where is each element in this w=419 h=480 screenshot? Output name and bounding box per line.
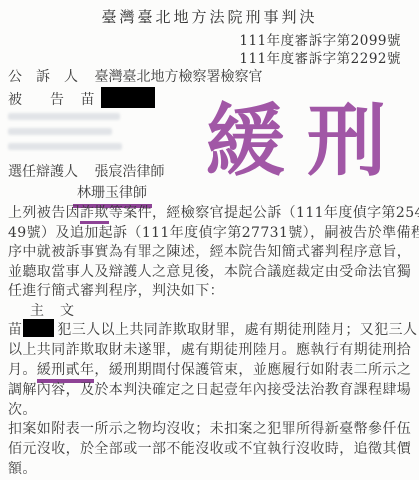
text-line: 佰元沒收，於全部或一部不能沒收或不宜執行沒收時，追徵其價 bbox=[8, 439, 414, 459]
text-line: 上列被告因詐欺等案件，經檢察官提起公訴（111年度偵字第254 bbox=[8, 204, 414, 224]
case-number-1: 111年度審訴字第2099號 bbox=[239, 29, 401, 49]
redaction-box-defendant-name bbox=[23, 319, 54, 337]
text-line: 次。 bbox=[8, 400, 414, 420]
text-line: 調解內容，及於本判決確定之日起壹年內接受法治教育課程肆場 bbox=[8, 380, 414, 400]
prosecutor-name: 臺灣臺北地方檢察署檢察官 bbox=[94, 69, 262, 85]
text-segment: 月。 bbox=[8, 362, 37, 378]
prosecutor-row: 公 訴 人 臺灣臺北地方檢察署檢察官 bbox=[8, 66, 262, 86]
text-line: 序中就被訴事實為有罪之陳述，經本院告知簡式審判程序意旨， bbox=[8, 243, 414, 263]
text-line: 49號）及追加起訴（111年度偵字第27731號），嗣被告於準備程 bbox=[8, 224, 414, 244]
redaction-box-defendant-name bbox=[101, 87, 155, 108]
text-segment: 上列被告因 bbox=[8, 205, 80, 221]
text-segment: ，緩刑期間付保護管束，並應履行如附表二所示之 bbox=[94, 362, 411, 378]
procedure-paragraph: 上列被告因詐欺等案件，經檢察官提起公訴（111年度偵字第254 49號）及追加起… bbox=[8, 204, 414, 302]
defendant-surname: 苗 bbox=[80, 92, 94, 108]
case-number-2: 111年度審訴字第2292號 bbox=[239, 47, 401, 67]
text-segment: 犯三人以上共同詐欺取財罪，處有期徒刑陸月；又犯三人 bbox=[57, 322, 417, 338]
judgment-document-page: 臺灣臺北地方法院刑事判決 111年度審訴字第2099號 111年度審訴字第229… bbox=[0, 0, 419, 480]
verdict-paragraph: 苗犯三人以上共同詐欺取財罪，處有期徒刑陸月；又犯三人 以上共同詐欺取財未遂罪，處… bbox=[8, 319, 414, 420]
text-line: 月。緩刑貳年，緩刑期間付保護管束，並應履行如附表二所示之 bbox=[8, 360, 414, 380]
text-line: 扣案如附表一所示之物均沒收；未扣案之犯罪所得新臺幣參仟伍 bbox=[8, 419, 414, 439]
underlined-term-fraud: 詐欺 bbox=[80, 205, 109, 224]
confiscation-paragraph: 扣案如附表一所示之物均沒收；未扣案之犯罪所得新臺幣參仟伍 佰元沒收，於全部或一部… bbox=[8, 419, 414, 479]
court-title: 臺灣臺北地方法院刑事判決 bbox=[0, 6, 419, 27]
defense-counsel-label: 選任辯護人 bbox=[8, 161, 78, 181]
whited-out-line bbox=[8, 128, 112, 135]
whited-out-line bbox=[8, 113, 120, 120]
counsel-name-1: 張宸浩律師 bbox=[94, 164, 164, 180]
text-line: 並聽取當事人及辯護人之意見後，本院合議庭裁定由受命法官獨 bbox=[8, 263, 414, 283]
prosecutor-label: 公 訴 人 bbox=[8, 66, 78, 86]
text-segment: 等案件，經檢察官提起公訴（111年度偵字第254 bbox=[109, 205, 419, 221]
suspended-sentence-pen-annotation: 緩刑 bbox=[206, 94, 408, 187]
defense-counsel-row: 選任辯護人 張宸浩律師 bbox=[8, 161, 164, 181]
text-line: 苗犯三人以上共同詐欺取財罪，處有期徒刑陸月；又犯三人 bbox=[8, 319, 414, 340]
defendant-label: 被 告 bbox=[8, 89, 64, 109]
text-line: 以上共同詐欺取財未遂罪，處有期徒刑陸月。應執行有期徒刑拾 bbox=[8, 340, 414, 360]
text-line: 額。 bbox=[8, 459, 414, 479]
defendant-row: 被 告 苗 bbox=[8, 87, 155, 109]
main-text-heading: 主 文 bbox=[30, 300, 75, 320]
defendant-surname: 苗 bbox=[8, 322, 22, 338]
whited-out-line bbox=[8, 143, 122, 150]
